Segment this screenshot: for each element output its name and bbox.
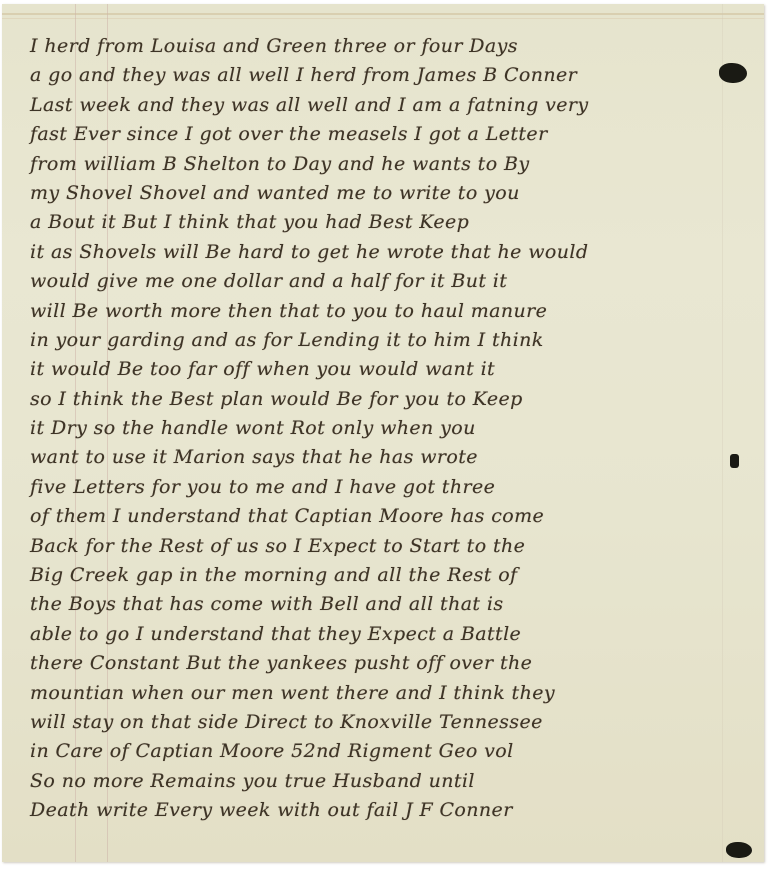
letter-line-26: So no more Remains you true Husband unti… xyxy=(30,767,764,796)
letter-line-24: will stay on that side Direct to Knoxvil… xyxy=(30,708,764,737)
letter-line-21: able to go I understand that they Expect… xyxy=(30,620,764,649)
letter-line-14: it Dry so the handle wont Rot only when … xyxy=(30,414,764,443)
letter-line-3: Last week and they was all well and I am… xyxy=(30,91,764,120)
letter-line-22: there Constant But the yankees pusht off… xyxy=(30,649,764,678)
letter-line-6: my Shovel Shovel and wanted me to write … xyxy=(30,179,764,208)
letter-line-5: from william B Shelton to Day and he wan… xyxy=(30,150,764,179)
letter-line-23: mountian when our men went there and I t… xyxy=(30,679,764,708)
top-rule-line-secondary xyxy=(2,18,764,19)
letter-page: I herd from Louisa and Green three or fo… xyxy=(2,4,764,862)
letter-line-15: want to use it Marion says that he has w… xyxy=(30,443,764,472)
letter-line-12: it would Be too far off when you would w… xyxy=(30,355,764,384)
letter-line-19: Big Creek gap in the morning and all the… xyxy=(30,561,764,590)
ink-blot-bottom xyxy=(726,842,752,858)
letter-line-1: I herd from Louisa and Green three or fo… xyxy=(30,32,764,61)
top-rule-line xyxy=(2,13,764,15)
letter-line-9: would give me one dollar and a half for … xyxy=(30,267,764,296)
letter-line-13: so I think the Best plan would Be for yo… xyxy=(30,385,764,414)
letter-line-16: five Letters for you to me and I have go… xyxy=(30,473,764,502)
letter-body: I herd from Louisa and Green three or fo… xyxy=(30,32,764,826)
letter-line-25: in Care of Captian Moore 52nd Rigment Ge… xyxy=(30,737,764,766)
letter-line-8: it as Shovels will Be hard to get he wro… xyxy=(30,238,764,267)
letter-line-2: a go and they was all well I herd from J… xyxy=(30,61,764,90)
letter-line-4: fast Ever since I got over the measels I… xyxy=(30,120,764,149)
letter-line-7: a Bout it But I think that you had Best … xyxy=(30,208,764,237)
letter-line-17: of them I understand that Captian Moore … xyxy=(30,502,764,531)
letter-line-20: the Boys that has come with Bell and all… xyxy=(30,590,764,619)
letter-line-18: Back for the Rest of us so I Expect to S… xyxy=(30,532,764,561)
letter-line-10: will Be worth more then that to you to h… xyxy=(30,297,764,326)
letter-line-27: Death write Every week with out fail J F… xyxy=(30,796,764,825)
letter-line-11: in your garding and as for Lending it to… xyxy=(30,326,764,355)
